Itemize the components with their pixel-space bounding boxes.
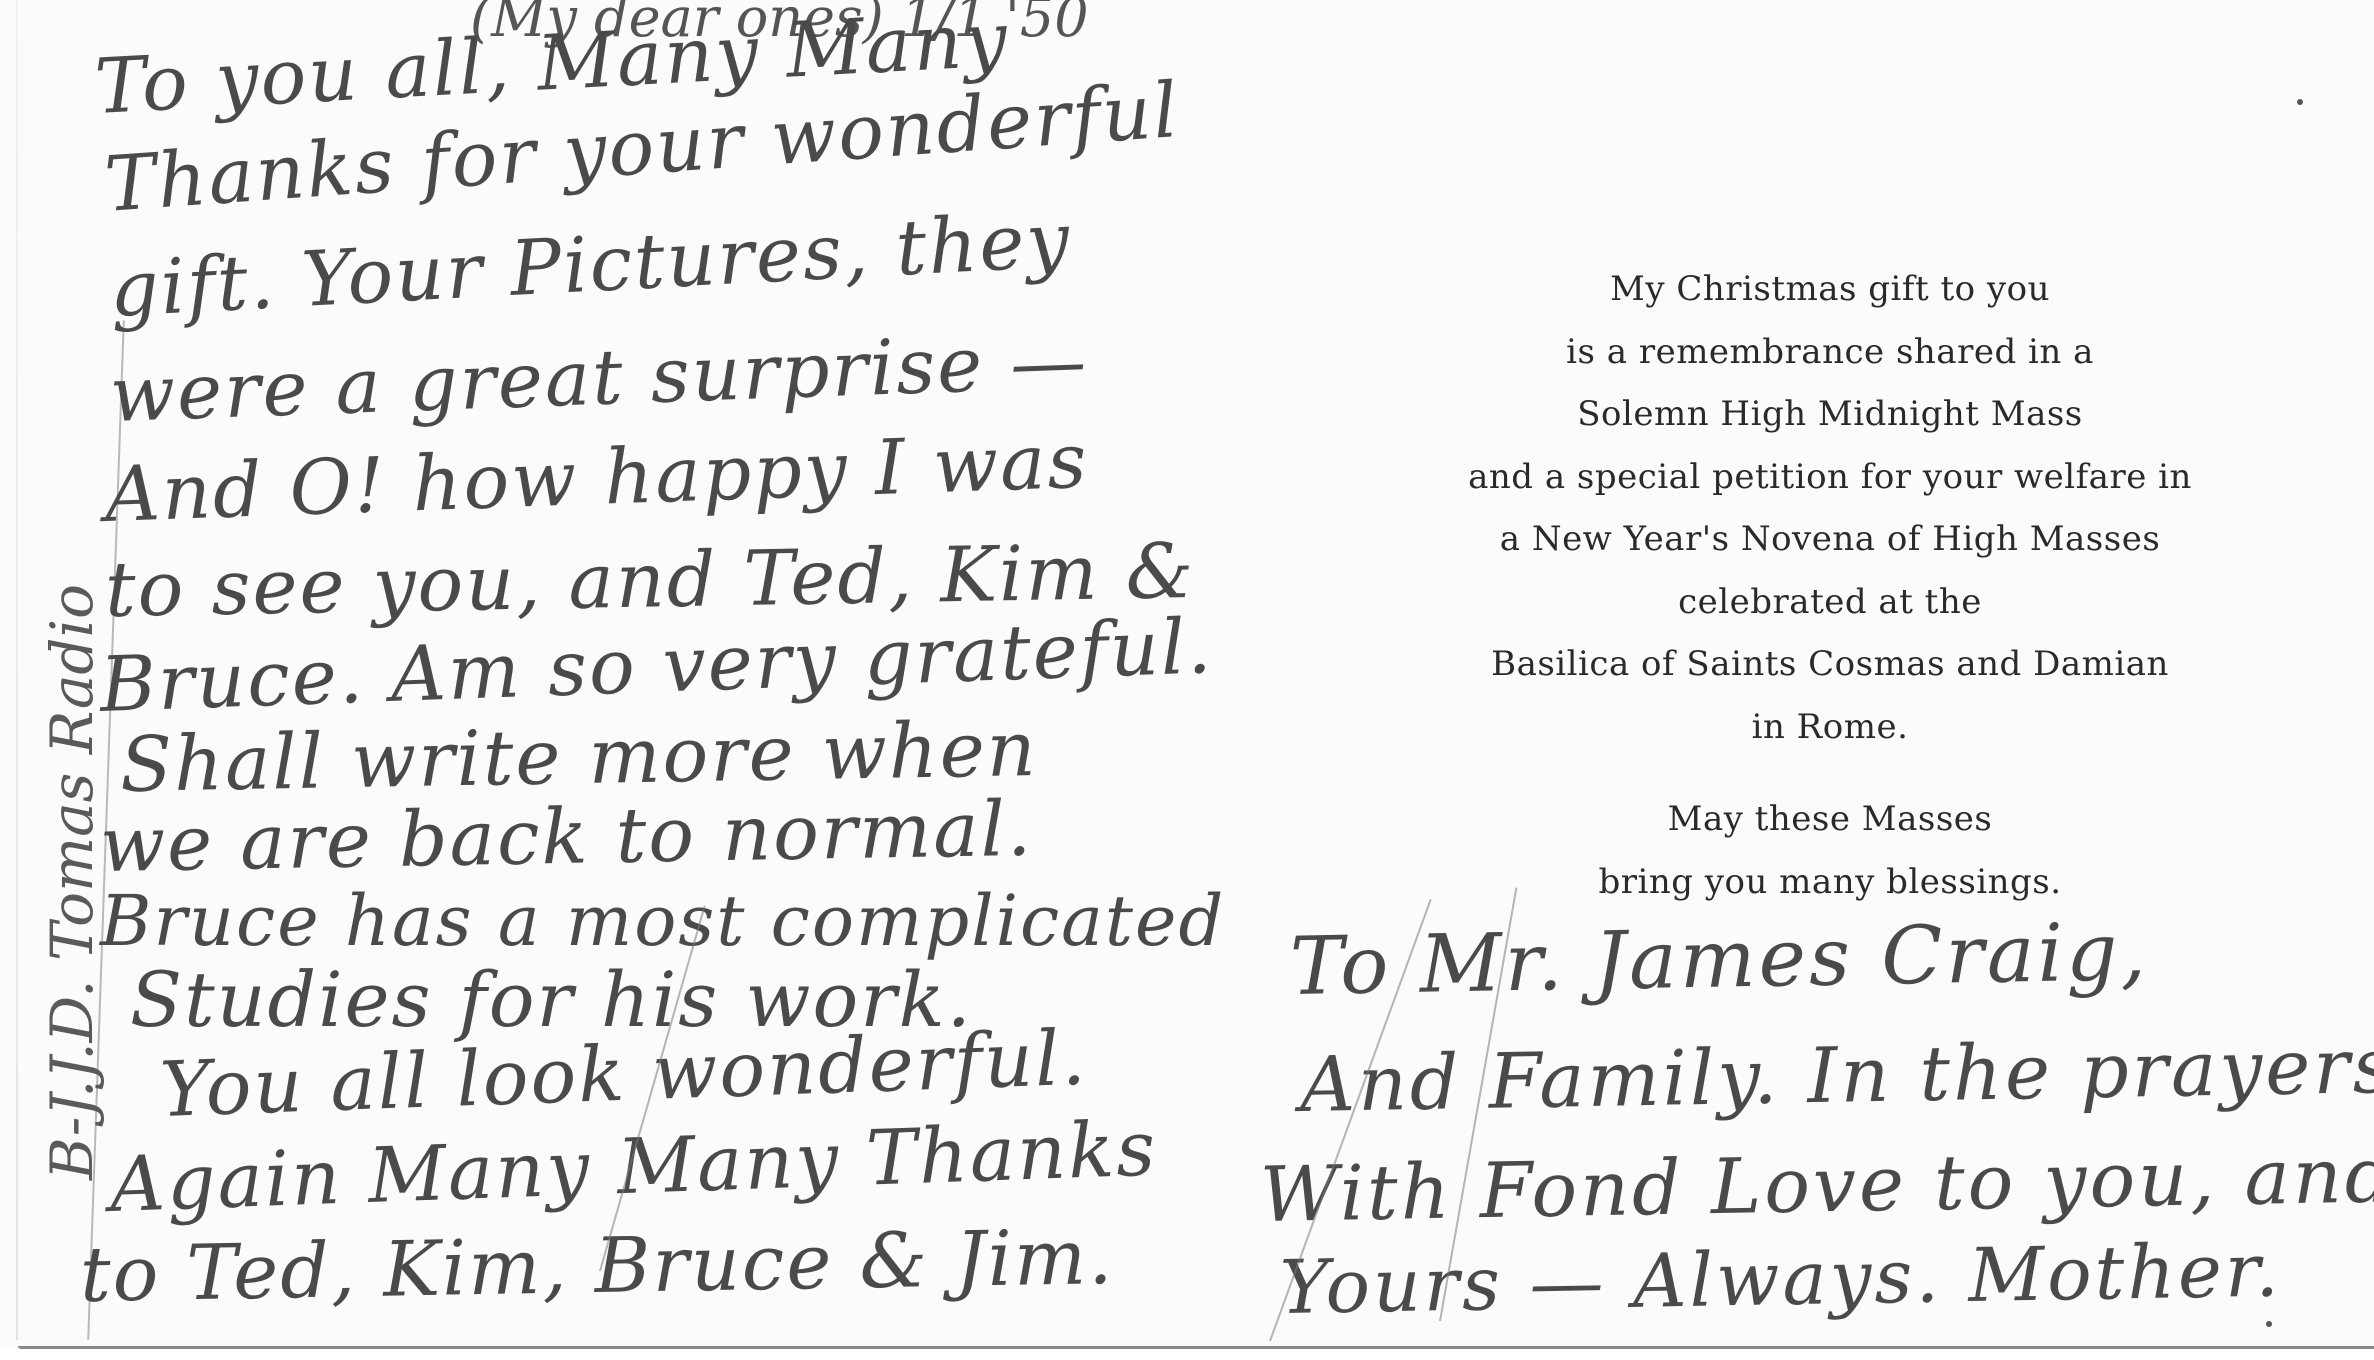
handwritten-line: to Ted, Kim, Bruce & Jim. [79, 1212, 1115, 1319]
verse-line: My Christmas gift to you [1400, 258, 2260, 321]
handwritten-line: And O! how happy I was [103, 416, 1089, 539]
handwritten-line: And Family. In the prayers [1299, 1021, 2374, 1129]
handwritten-line: Bruce has a most complicated [100, 880, 1225, 962]
verse-closing-line: May these Masses [1400, 788, 2260, 851]
verse-closing-line: bring you many blessings. [1400, 851, 2260, 914]
verse-line: is a remembrance shared in a [1400, 321, 2260, 384]
handwritten-line: With Fond Love to you, and [1259, 1130, 2374, 1239]
scanned-card: (My dear ones) 1/1 '50 To you all, Many … [0, 0, 2374, 1360]
card-left-edge [16, 0, 18, 1340]
verse-line: and a special petition for your welfare … [1400, 446, 2260, 509]
verse-line: a New Year's Novena of High Masses [1400, 508, 2260, 571]
verse-line: Solemn High Midnight Mass [1400, 383, 2260, 446]
verse-line: celebrated at the [1400, 571, 2260, 634]
handwritten-line: we are back to normal. [99, 784, 1033, 889]
paper-speck [2266, 1321, 2272, 1327]
scan-background [0, 1349, 2374, 1360]
printed-verse: My Christmas gift to you is a remembranc… [1400, 258, 2260, 913]
paper-speck [2297, 99, 2303, 105]
verse-line: in Rome. [1400, 696, 2260, 759]
margin-note: B-J.J.D. Tomas Radio [38, 584, 106, 1180]
handwritten-line: To Mr. James Craig, [1289, 905, 2149, 1013]
verse-line: Basilica of Saints Cosmas and Damian [1400, 633, 2260, 696]
handwritten-line: Yours — Always. Mother. [1279, 1228, 2282, 1331]
